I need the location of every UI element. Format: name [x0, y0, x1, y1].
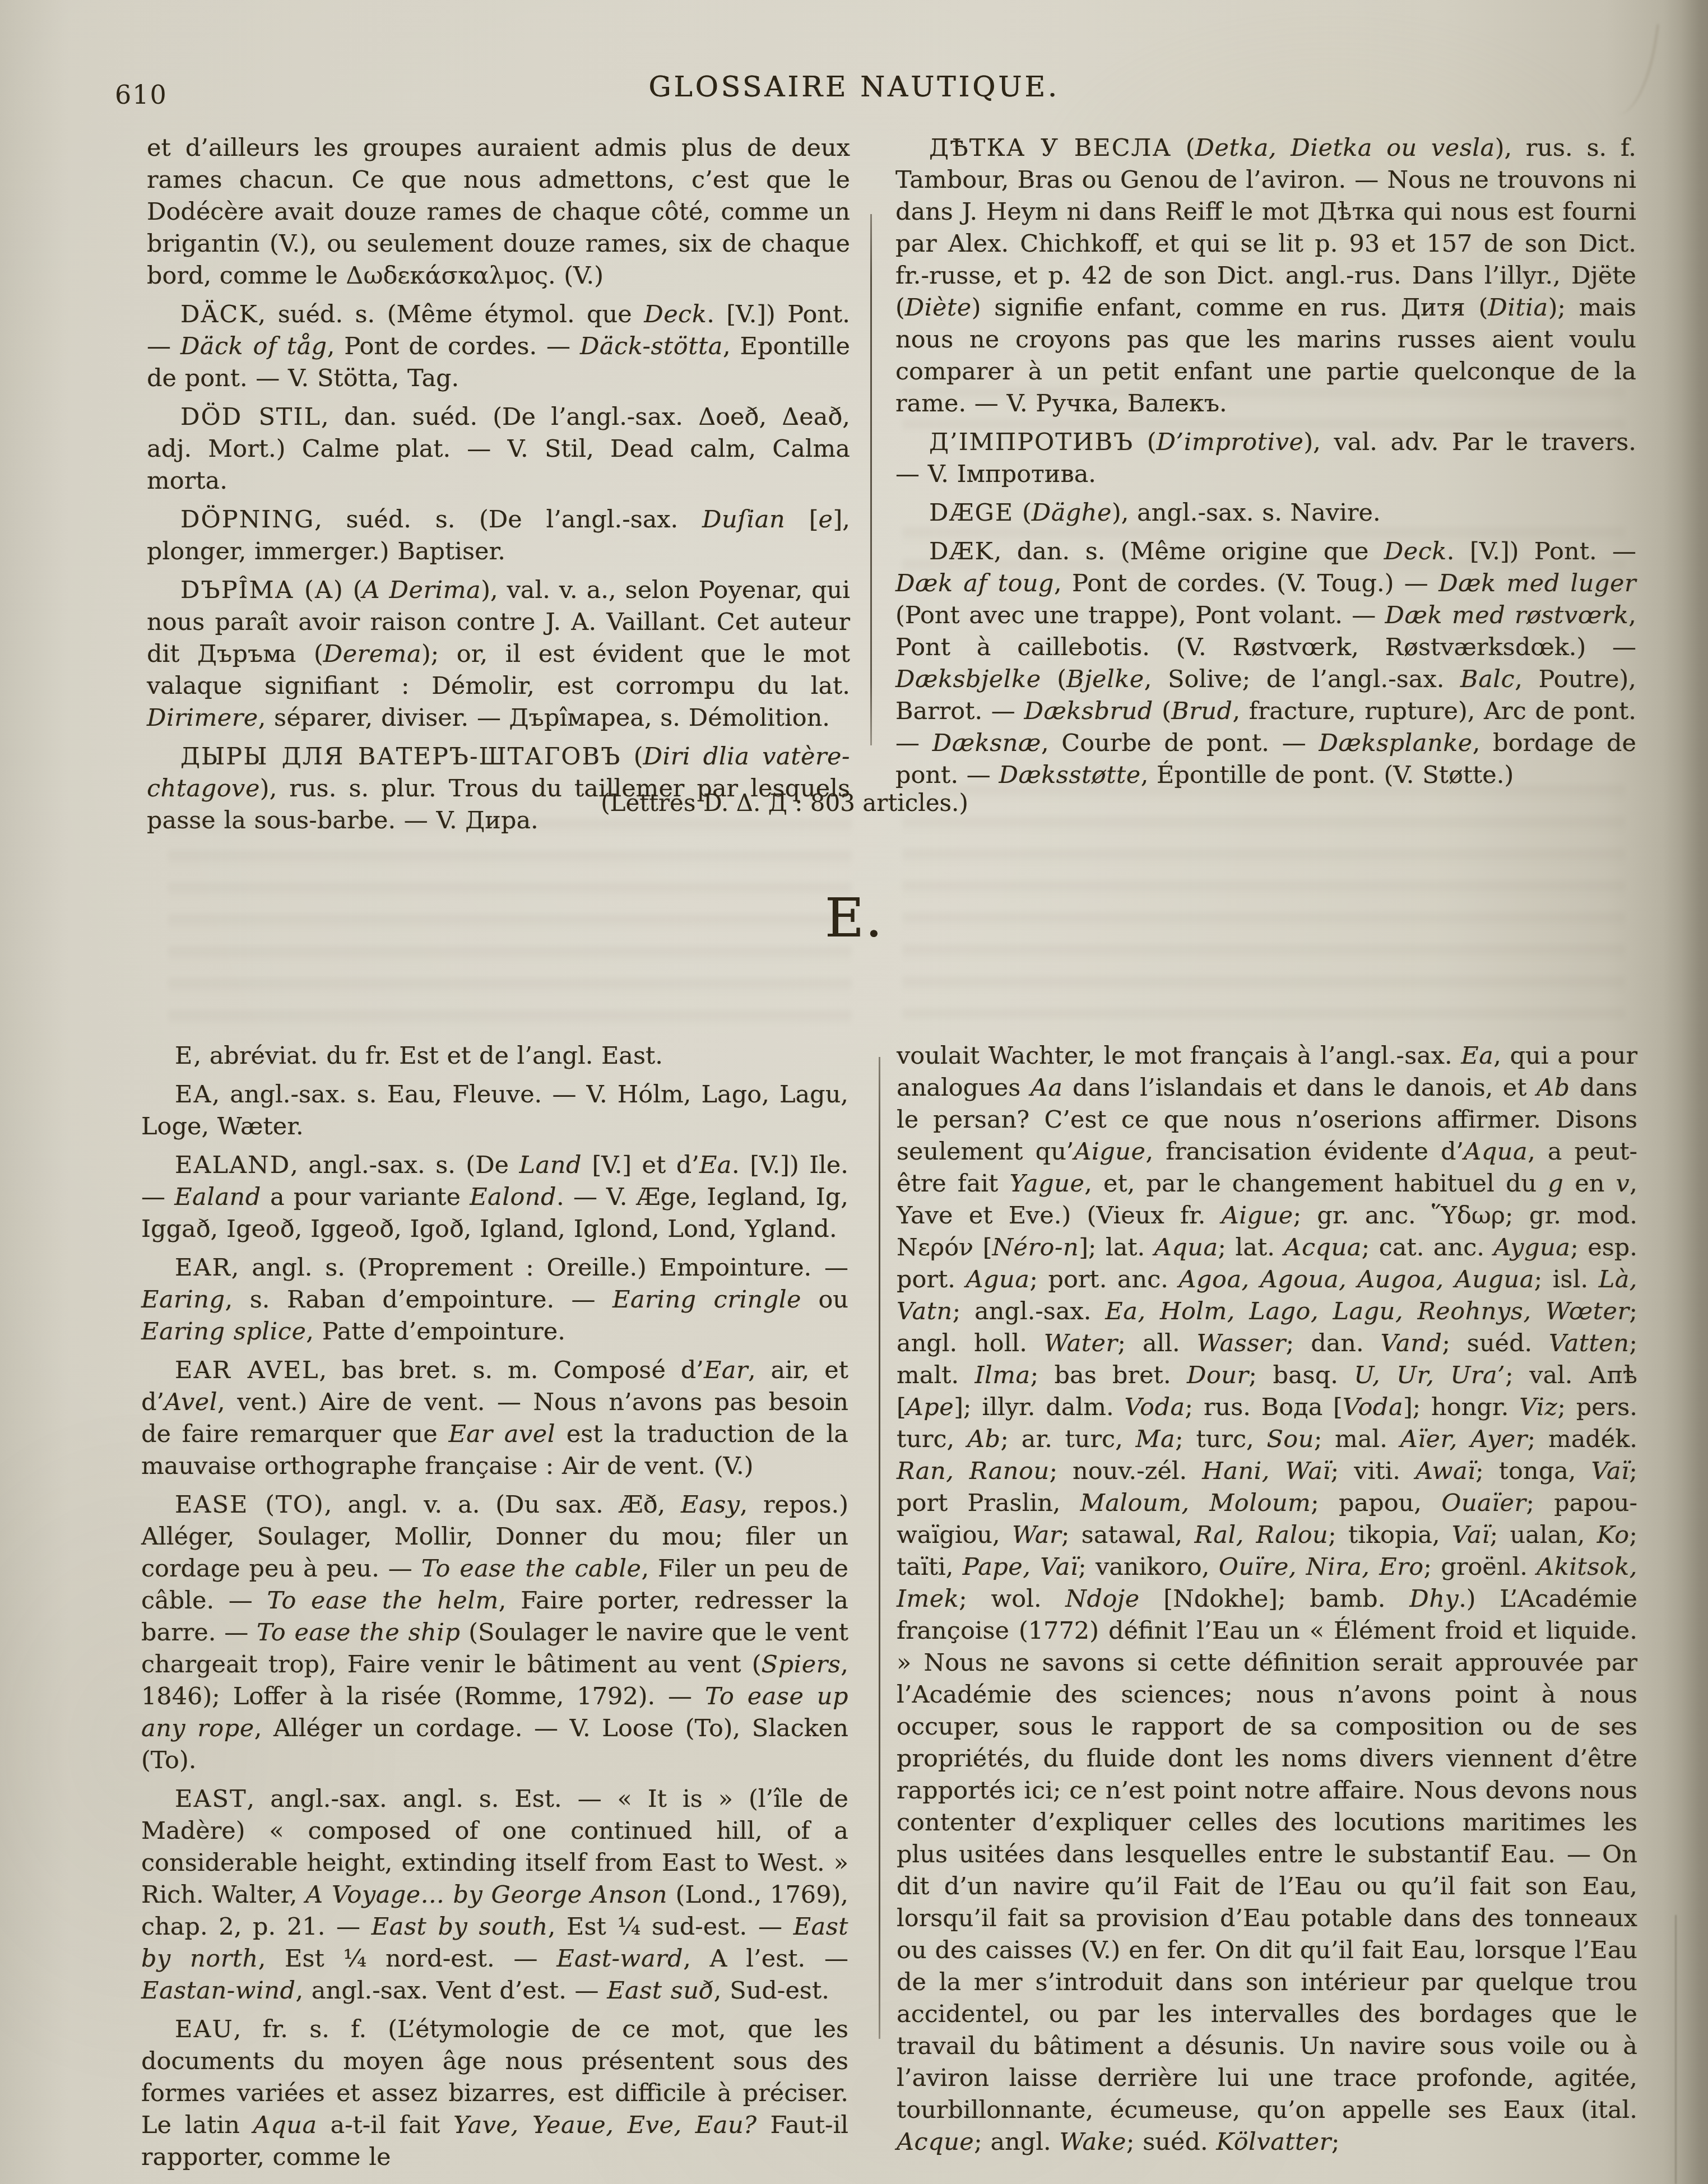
- dictionary-entry: EAR, angl. s. (Proprement : Oreille.) Em…: [141, 1252, 848, 1348]
- dictionary-entry: DЪРÎМА (A) (A Derima), val. v. a., selon…: [147, 574, 850, 734]
- page-edge-line: [1675, 1915, 1677, 2184]
- scanned-book-page: { "page": { "number": "610", "running_ti…: [0, 0, 1708, 2184]
- dictionary-entry: voulait Wachter, le mot français à l’ang…: [897, 1040, 1637, 2158]
- letter-count-note: (Lettres D. Δ. Д : 803 articles.): [601, 789, 968, 817]
- column-d-left: et d’ailleurs les groupes auraient admis…: [147, 132, 850, 843]
- dictionary-entry: EAR AVEL, bas bret. s. m. Composé d’Ear,…: [141, 1355, 848, 1482]
- column-e-right: voulait Wachter, le mot français à l’ang…: [897, 1040, 1637, 2165]
- column-divider-rule-d: [870, 214, 872, 745]
- dictionary-entry: et d’ailleurs les groupes auraient admis…: [147, 132, 850, 292]
- dictionary-entry: DÄCK, suéd. s. (Même étymol. que Deck. […: [147, 299, 850, 395]
- dictionary-entry: E, abréviat. du fr. Est et de l’angl. Ea…: [141, 1040, 848, 1072]
- dictionary-entry: DÖPNING, suéd. s. (De l’angl.-sax. Duſia…: [147, 504, 850, 568]
- section-heading-e: E.: [825, 887, 884, 949]
- dictionary-entry: DÆGE (Däghe), angl.-sax. s. Navire.: [895, 497, 1636, 529]
- running-title: GLOSSAIRE NAUTIQUE.: [648, 71, 1059, 103]
- dictionary-entry: DÖD STIL, dan. suéd. (De l’angl.-sax. Δo…: [147, 401, 850, 497]
- page-edge-shadow: [1663, 0, 1708, 2184]
- dictionary-entry: EAST, angl.-sax. angl. s. Est. — « It is…: [141, 1783, 848, 2007]
- dictionary-entry: DÆK, dan. s. (Même origine que Deck. [V.…: [895, 536, 1636, 791]
- dictionary-entry: EAU, fr. s. f. (L’étymologie de ce mot, …: [141, 2014, 848, 2173]
- bleed-through-ghost: [902, 785, 1625, 1020]
- column-divider-rule-e: [879, 1057, 880, 2039]
- dictionary-entry: EASE (TO), angl. v. a. (Du sax. Æð, Easy…: [141, 1489, 848, 1777]
- column-d-right: ДѢТКА У ВЕСЛА (Detka, Dietka ou vesla), …: [895, 132, 1636, 798]
- dictionary-entry: EA, angl.-sax. s. Eau, Fleuve. — V. Hólm…: [141, 1079, 848, 1143]
- page-number: 610: [115, 80, 168, 110]
- dictionary-entry: ДѢТКА У ВЕСЛА (Detka, Dietka ou vesla), …: [895, 132, 1636, 420]
- corner-crease-mark: [1610, 19, 1659, 119]
- column-e-left: E, abréviat. du fr. Est et de l’angl. Ea…: [141, 1040, 848, 2180]
- dictionary-entry: Д’ІМПРОТИВЪ (D’improtive), val. adv. Par…: [895, 426, 1636, 490]
- bleed-through-ghost: [168, 818, 852, 1026]
- dictionary-entry: EALAND, angl.-sax. s. (De Land [V.] et d…: [141, 1149, 848, 1245]
